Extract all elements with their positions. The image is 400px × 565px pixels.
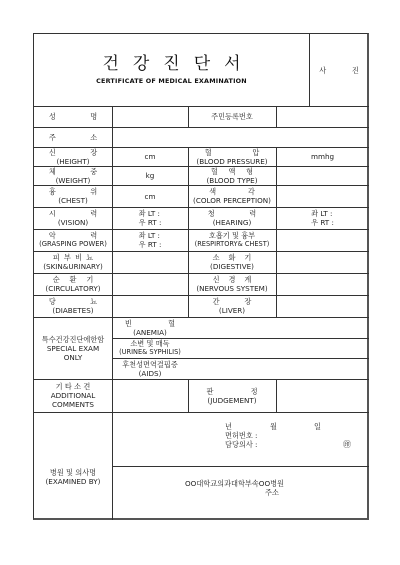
diab-ko-1: 당 xyxy=(49,297,56,306)
grasp-label-ko-2: 력 xyxy=(90,231,97,240)
weight-label-ko-2: 중 xyxy=(90,167,97,176)
date-day: 일 xyxy=(314,422,321,431)
skin-ko-1: 피 xyxy=(53,253,60,262)
dig-ko-3: 기 xyxy=(244,253,251,262)
name-field[interactable] xyxy=(112,106,188,127)
chest-label: 흉위 (CHEST) xyxy=(34,185,112,207)
name-label-1: 성 xyxy=(49,112,56,121)
aids-en: (AIDS) xyxy=(139,369,162,378)
blood-type-label-en: (BLOOD TYPE) xyxy=(206,176,257,185)
chest-label-ko-1: 흉 xyxy=(49,187,56,196)
height-label-en: (HEIGHT) xyxy=(56,157,89,166)
blood-type-label: 혈액형 (BLOOD TYPE) xyxy=(188,166,276,185)
hearing-right: 우 RT : xyxy=(311,218,334,227)
liver-ko-2: 장 xyxy=(244,297,251,306)
comments-field[interactable] xyxy=(112,379,188,412)
circ-ko-3: 기 xyxy=(86,275,93,284)
blood-type-ko-2: 액 xyxy=(229,167,236,176)
chest-label-ko-2: 위 xyxy=(90,187,97,196)
address-label-1: 주 xyxy=(49,133,56,142)
comments-en-1: ADDITIONAL xyxy=(51,391,96,400)
vision-label-ko-1: 시 xyxy=(49,209,56,218)
aids-ko: 후천성면역결핍증 xyxy=(122,360,178,369)
judgement-label-en: (JUDGEMENT) xyxy=(207,396,256,405)
blood-pressure-label: 혈압 (BLOOD PRESSURE) xyxy=(188,147,276,166)
title-english: CERTIFICATE OF MEDICAL EXAMINATION xyxy=(96,77,247,86)
height-field[interactable]: cm xyxy=(112,147,188,166)
judgement-label: 판정 (JUDGEMENT) xyxy=(188,379,276,412)
weight-unit: kg xyxy=(146,171,155,180)
weight-label-ko-1: 체 xyxy=(49,167,56,176)
color-label-ko-1: 색 xyxy=(209,187,216,196)
anemia-field[interactable] xyxy=(188,317,369,338)
comments-en-2: COMMENTS xyxy=(52,400,94,409)
chest-label-en: (CHEST) xyxy=(58,196,88,205)
photo-label-2: 진 xyxy=(352,66,359,75)
examined-by-en: (EXAMINED BY) xyxy=(46,477,101,486)
urine-en: (URINE& SYPHILIS) xyxy=(119,348,181,357)
judge-ko-2: 정 xyxy=(251,387,258,396)
aids-field[interactable] xyxy=(188,358,369,379)
name-label-2: 명 xyxy=(90,112,97,121)
resident-number-label: 주민등록번호 xyxy=(188,106,276,127)
title-korean: 건강진단서 xyxy=(102,55,254,73)
urine-ko: 소변 및 매독 xyxy=(130,339,169,348)
dig-ko-2: 화 xyxy=(229,253,236,262)
circulatory-label-en: (CIRCULATORY) xyxy=(45,284,100,293)
special-exam-en-2: ONLY xyxy=(64,353,82,362)
urine-syphilis-field[interactable] xyxy=(188,338,369,358)
nerv-ko-3: 계 xyxy=(244,275,251,284)
urine-syphilis-label: 소변 및 매독 (URINE& SYPHILIS) xyxy=(112,338,188,358)
skin-label-en: (SKIN&URINARY) xyxy=(43,262,103,271)
comments-label: 기 타 소 견 ADDITIONAL COMMENTS xyxy=(34,379,112,412)
chest-unit: cm xyxy=(145,192,156,201)
bp-label-ko-2: 압 xyxy=(252,148,259,157)
vision-label: 시력 (VISION) xyxy=(34,207,112,229)
anemia-ko-2: 혈 xyxy=(168,319,175,328)
blood-type-field[interactable] xyxy=(276,166,369,185)
skin-field[interactable] xyxy=(112,251,188,273)
diabetes-field[interactable] xyxy=(112,295,188,317)
blood-type-ko-3: 형 xyxy=(246,167,253,176)
hospital-address-label: 주소 xyxy=(265,488,279,497)
nervous-label: 신경계 (NERVOUS SYSTEM) xyxy=(188,273,276,295)
special-exam-ko: 특수건강진단에한함 xyxy=(42,335,105,344)
digestive-label-en: (DIGESTIVE) xyxy=(210,262,254,271)
skin-ko-2: 부 xyxy=(64,253,71,262)
hearing-left: 좌 LT : xyxy=(311,209,334,218)
signature-area[interactable]: 년 월 일 면허번호 : 담당의사 : ㊞ xyxy=(112,412,369,466)
hearing-label-ko-1: 청 xyxy=(208,209,215,218)
nerv-ko-2: 경 xyxy=(229,275,236,284)
vision-left: 좌 LT : xyxy=(139,209,162,218)
liver-field[interactable] xyxy=(276,295,369,317)
dig-ko-1: 소 xyxy=(213,253,220,262)
name-label: 성명 xyxy=(34,106,112,127)
anemia-label-en: (ANEMIA) xyxy=(133,328,167,337)
height-unit: cm xyxy=(145,152,156,161)
judge-ko-1: 판 xyxy=(206,387,213,396)
aids-label: 후천성면역결핍증 (AIDS) xyxy=(112,358,188,379)
grasp-left: 좌 LT : xyxy=(139,231,162,240)
date-month: 월 xyxy=(270,422,277,431)
nerv-ko-1: 신 xyxy=(213,275,220,284)
medical-certificate-form: 건강진단서 CERTIFICATE OF MEDICAL EXAMINATION… xyxy=(33,33,369,520)
height-label: 신장 (HEIGHT) xyxy=(34,147,112,166)
photo-label-1: 사 xyxy=(319,66,326,75)
skin-ko-4: 뇨 xyxy=(86,253,93,262)
anemia-label: 빈혈 (ANEMIA) xyxy=(112,317,188,338)
color-label-en: (COLOR PERCEPTION) xyxy=(193,196,271,205)
nervous-field[interactable] xyxy=(276,273,369,295)
anemia-ko-1: 빈 xyxy=(125,319,132,328)
hearing-label: 청력 (HEARING) xyxy=(188,207,276,229)
bp-unit: mmhg xyxy=(311,152,334,161)
hearing-label-en: (HEARING) xyxy=(213,218,252,227)
respiratory-label: 호흡기 및 흉부 (RESPIRTORY& CHEST) xyxy=(188,229,276,251)
liver-ko-1: 간 xyxy=(213,297,220,306)
address-label: 주소 xyxy=(34,127,112,147)
license-number-label: 면허번호 : xyxy=(225,431,257,440)
judgement-field[interactable] xyxy=(276,379,369,412)
circulatory-label: 순환기 (CIRCULATORY) xyxy=(34,273,112,295)
resp-label-ko: 호흡기 및 흉부 xyxy=(209,231,255,240)
vision-field[interactable]: 좌 LT :우 RT : xyxy=(112,207,188,229)
examined-by-label: 병원 및 의사명 (EXAMINED BY) xyxy=(34,412,112,520)
grasp-label-ko-1: 악 xyxy=(49,231,56,240)
title-block: 건강진단서 CERTIFICATE OF MEDICAL EXAMINATION xyxy=(34,34,309,106)
chest-field[interactable]: cm xyxy=(112,185,188,207)
weight-label-en: (WEIGHT) xyxy=(56,176,91,185)
nervous-label-en: (NERVOUS SYSTEM) xyxy=(196,284,267,293)
grasp-label-en: (GRASPING POWER) xyxy=(39,240,107,249)
liver-label: 간장 (LIVER) xyxy=(188,295,276,317)
digestive-field[interactable] xyxy=(276,251,369,273)
color-label-ko-2: 각 xyxy=(248,187,255,196)
vision-label-ko-2: 력 xyxy=(90,209,97,218)
diab-ko-2: 뇨 xyxy=(90,297,97,306)
grasping-label: 악력 (GRASPING POWER) xyxy=(34,229,112,251)
hospital-name: OO대학교의과대학부속OO병원 xyxy=(185,479,284,488)
color-perception-label: 색각 (COLOR PERCEPTION) xyxy=(188,185,276,207)
color-perception-field[interactable] xyxy=(276,185,369,207)
examined-by-ko: 병원 및 의사명 xyxy=(50,468,96,477)
digestive-label: 소화기 (DIGESTIVE) xyxy=(188,251,276,273)
height-label-ko-2: 장 xyxy=(90,148,97,157)
blood-type-ko-1: 혈 xyxy=(211,167,218,176)
date-year: 년 xyxy=(225,422,232,431)
bp-label-ko-1: 혈 xyxy=(205,148,212,157)
doctor-label: 담당의사 : xyxy=(225,440,257,449)
grasp-right: 우 RT : xyxy=(139,240,162,249)
resp-label-en: (RESPIRTORY& CHEST) xyxy=(195,240,270,249)
blood-pressure-field[interactable]: mmhg xyxy=(276,147,369,166)
circ-ko-1: 순 xyxy=(53,275,60,284)
diabetes-label-en: (DIABETES) xyxy=(52,306,93,315)
skin-ko-3: 비 xyxy=(75,253,82,262)
liver-label-en: (LIVER) xyxy=(219,306,245,315)
respiratory-field[interactable] xyxy=(276,229,369,251)
hearing-field[interactable]: 좌 LT :우 RT : xyxy=(276,207,369,229)
seal-icon: ㊞ xyxy=(343,440,351,449)
comments-ko: 기 타 소 견 xyxy=(56,382,91,391)
grasping-field[interactable]: 좌 LT :우 RT : xyxy=(112,229,188,251)
height-label-ko-1: 신 xyxy=(49,148,56,157)
circulatory-field[interactable] xyxy=(112,273,188,295)
resident-number-field[interactable] xyxy=(276,106,369,127)
hospital-area: OO대학교의과대학부속OO병원 주소 xyxy=(112,466,369,520)
weight-label: 체중 (WEIGHT) xyxy=(34,166,112,185)
address-field[interactable] xyxy=(112,127,369,147)
circ-ko-2: 환 xyxy=(70,275,77,284)
skin-label: 피부비뇨 (SKIN&URINARY) xyxy=(34,251,112,273)
vision-right: 우 RT : xyxy=(139,218,162,227)
photo-box[interactable]: 사 진 xyxy=(309,34,369,106)
special-exam-label: 특수건강진단에한함 SPECIAL EXAM ONLY xyxy=(34,317,112,379)
hearing-label-ko-2: 력 xyxy=(249,209,256,218)
address-label-2: 소 xyxy=(90,133,97,142)
special-exam-en-1: SPECIAL EXAM xyxy=(47,344,99,353)
diabetes-label: 당뇨 (DIABETES) xyxy=(34,295,112,317)
weight-field[interactable]: kg xyxy=(112,166,188,185)
vision-label-en: (VISION) xyxy=(58,218,88,227)
bp-label-en: (BLOOD PRESSURE) xyxy=(196,157,267,166)
